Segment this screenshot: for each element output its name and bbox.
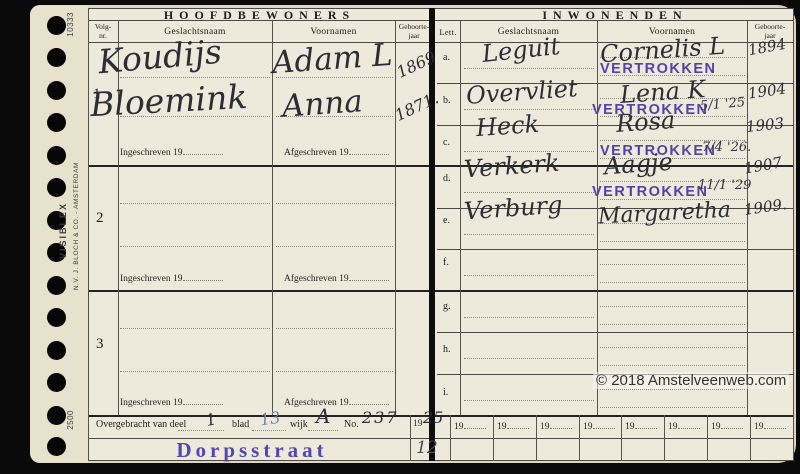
handwriting-surname: Overvliet [465,76,578,108]
year-cell-label-2: 19 [454,419,486,432]
registry-card-scan: 10333 VISIBLEX N.V. J. BLOCH & CO. - AMS… [0,0,800,474]
year-cell-label-8: 19 [711,419,743,432]
vertrokken-stamp-c: VERTROKKEN [600,143,717,159]
afgeschreven-label-row2: Afgeschreven 19 [284,271,389,284]
volgnr-2: 2 [96,210,104,227]
row-letter-c: c. [443,137,450,148]
vertrokken-stamp-d: VERTROKKEN [592,184,709,200]
street-name: Dorpsstraat [142,438,362,463]
row-letter-g: g. [443,301,451,312]
year-cell-label-6: 19 [625,419,657,432]
wijk-label: wijk [290,419,308,430]
handwriting-no: 237 [362,410,399,426]
ingeschreven-label-row1: Ingeschreven 19 [120,145,223,158]
handwriting-surname: Bloemink [89,80,248,121]
afgeschreven-label-row3: Afgeschreven 19 [284,395,389,408]
card-stock-number: 10333 [66,12,75,37]
section-divider [429,8,435,461]
handwriting-firstnames: Adam L [271,40,393,79]
departure-date-d: 11/1 '29 [698,178,751,193]
handwriting-house-number: 12 [416,440,438,457]
volgnr-3: 3 [96,336,104,353]
column-header-lett: Lett. [436,27,460,37]
vertrokken-stamp-b: VERTROKKEN [592,102,709,118]
blad-label: blad [232,419,249,430]
year-cell-label-7: 19 [668,419,700,432]
column-header-volgnr: Volg-nr. [88,23,118,40]
handwriting-firstnames: Anna [281,86,364,123]
year-cell-label-4: 19 [540,419,572,432]
copyright-watermark: © 2018 Amstelveenweb.com [593,372,789,389]
afgeschreven-label-row1: Afgeschreven 19 [284,145,389,158]
year-cell-label-3: 19 [497,419,529,432]
handwriting-surname: Verkerk [463,151,560,182]
year-cell-label-9: 19 [754,419,786,432]
column-header-voornamen-left: Voornamen [272,27,395,37]
column-header-geboortejaar-left: Geboorte-jaar [395,23,433,40]
ingeschreven-label-row2: Ingeschreven 19 [120,271,223,284]
year-cell-label-1: 19 [413,419,423,429]
year-cell-label-5: 19 [583,419,615,432]
brand-name: VISIBLEX [58,202,68,259]
handwriting-birthyear: 1903 [745,116,785,135]
handwriting-surname: Koudijs [97,35,223,79]
ingeschreven-label-row3: Ingeschreven 19 [120,395,223,408]
vertrokken-stamp-a: VERTROKKEN [600,61,717,77]
handwriting-surname: Heck [475,112,540,140]
row-letter-f: f. [443,257,449,268]
row-letter-i: i. [443,387,448,398]
row-letter-b: b. [443,95,451,106]
brand-company: N.V. J. BLOCH & CO. - AMSTERDAM [73,162,80,290]
handwriting-year: 25 [423,410,443,426]
row-letter-e: e. [443,215,450,226]
row-letter-a: a. [443,52,450,63]
handwriting-blad: 13 [259,410,281,429]
row-letter-d: d. [443,173,451,184]
row-letter-h: h. [443,344,451,355]
handwriting-surname: Verburg [463,193,563,224]
overgebracht-label: Overgebracht van deel [96,419,186,430]
card-print-number: 2500 [66,410,75,430]
departure-date-c: 7/4 '26. [702,140,751,155]
handwriting-wijk: A [316,406,330,426]
no-label: No. [344,419,359,430]
